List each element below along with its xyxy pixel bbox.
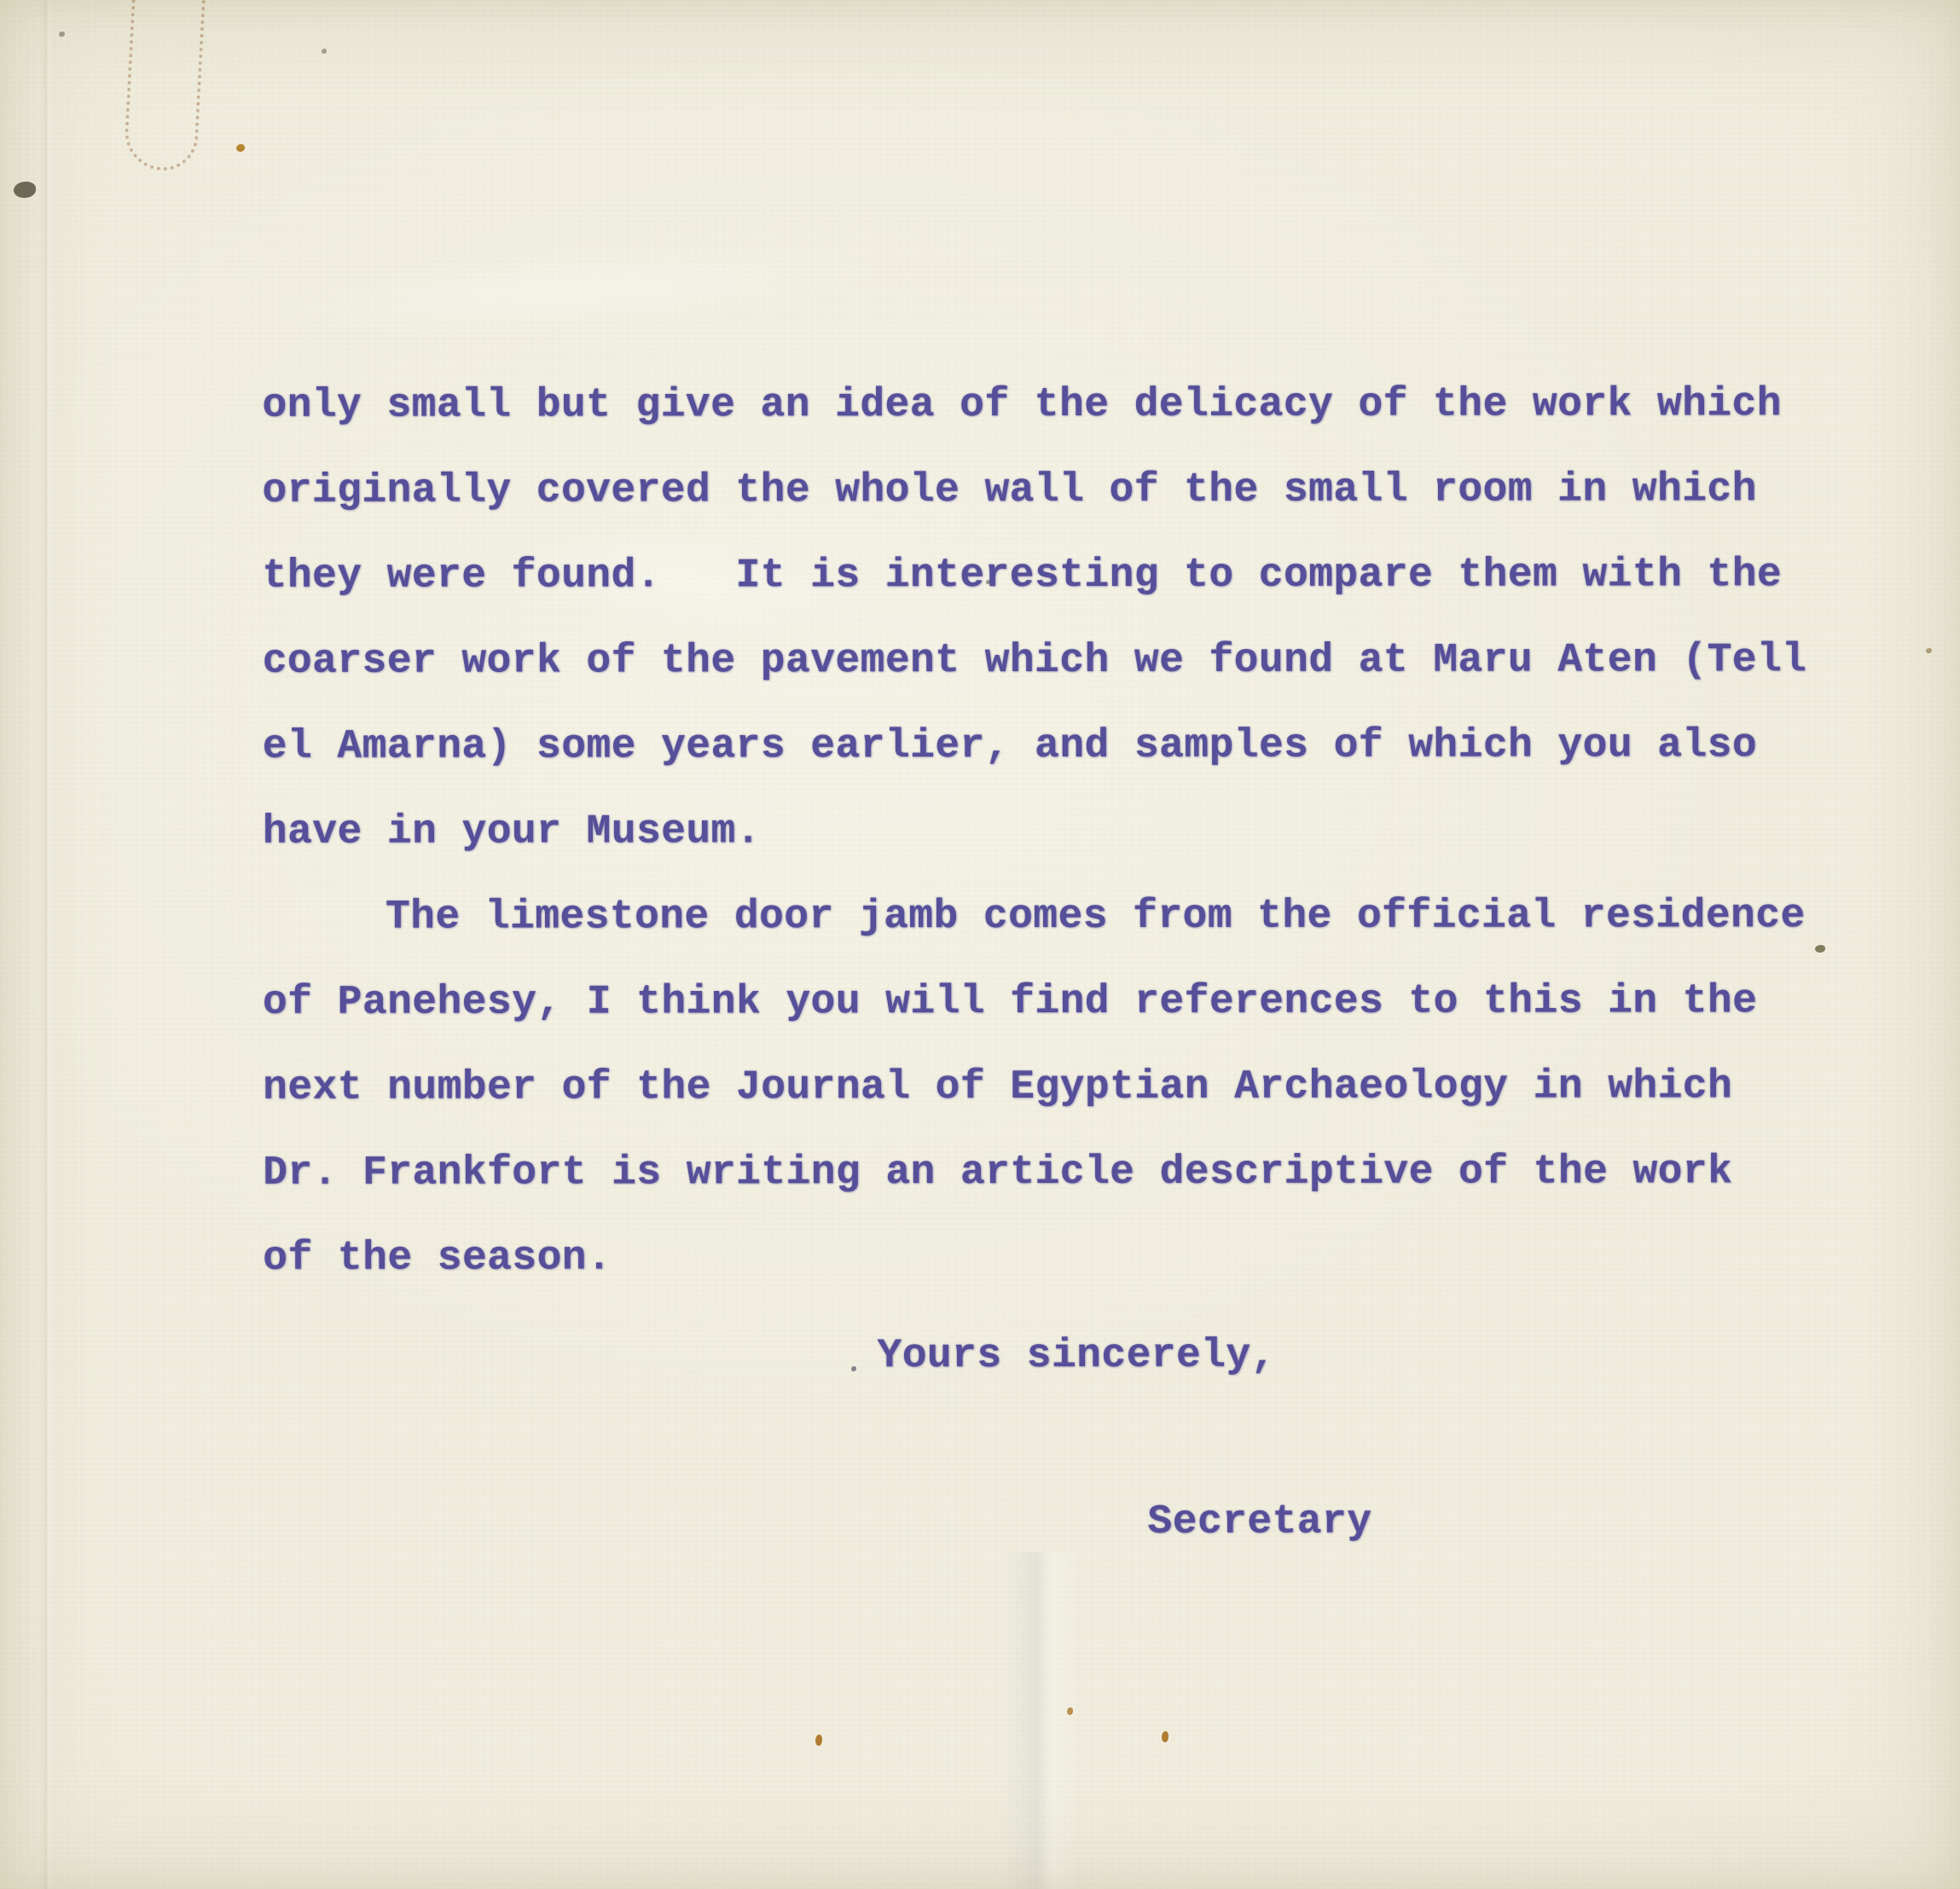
rust-speck — [236, 144, 245, 152]
letter-line: of the season. — [263, 1214, 1849, 1301]
letter-line: they were found. It is interesting to co… — [263, 532, 1849, 619]
letter-line: originally covered the whole wall of the… — [262, 447, 1848, 534]
rust-speck — [1162, 1731, 1168, 1742]
letter-line: Dr. Frankfort is writing an article desc… — [263, 1129, 1849, 1216]
letter-line: of Panehesy, I think you will find refer… — [263, 959, 1849, 1046]
rust-speck — [815, 1735, 822, 1746]
dust-speck — [322, 49, 327, 54]
scanned-letter-page: { "document": { "kind": "typewritten-let… — [0, 0, 1960, 1889]
letter-line: Yours sincerely, — [263, 1312, 1849, 1399]
letter-line: have in your Museum. — [263, 788, 1849, 875]
rust-stain-mark — [123, 0, 206, 172]
letter-line: only small but give an idea of the delic… — [262, 362, 1848, 449]
paper-crease-bottom — [1002, 1552, 1079, 1889]
rust-speck — [1067, 1707, 1073, 1715]
ink-blot-speck — [14, 182, 36, 198]
dust-speck — [59, 32, 65, 37]
letter-line: next number of the Journal of Egyptian A… — [263, 1044, 1849, 1131]
letter-line: Secretary — [264, 1479, 1850, 1566]
letter-line: The limestone door jamb comes from the o… — [263, 873, 1849, 960]
letter-line: el Amarna) some years earlier, and sampl… — [263, 703, 1849, 790]
dust-speck — [1926, 648, 1932, 653]
letter-line: coarser work of the pavement which we fo… — [263, 617, 1849, 704]
paper-crease-left — [41, 0, 53, 1889]
letter-body: only small but give an idea of the delic… — [262, 362, 1849, 1566]
